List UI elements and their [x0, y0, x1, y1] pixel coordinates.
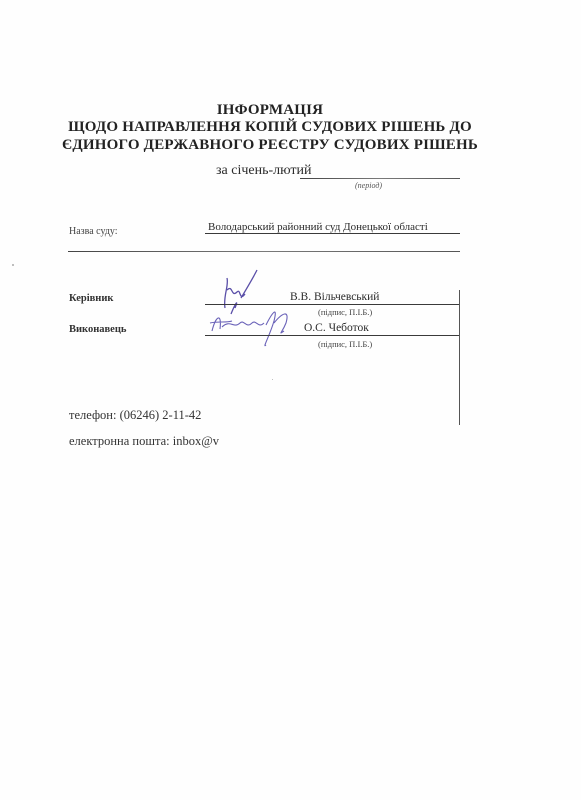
document-title-line-2: ЩОДО НАПРАВЛЕННЯ КОПІЙ СУДОВИХ РІШЕНЬ ДО	[60, 117, 480, 137]
scan-speck	[12, 264, 14, 266]
executor-name: О.С. Чеботок	[304, 322, 369, 334]
court-label: Назва суду:	[69, 226, 118, 237]
period-value: за січень-лютий	[216, 163, 312, 179]
period-caption: (період)	[355, 181, 382, 190]
period-underline	[300, 178, 460, 179]
head-caption: (підпис, П.І.Б.)	[318, 307, 372, 317]
role-head: Керівник	[69, 293, 113, 304]
phone-text: телефон: (06246) 2-11-42	[69, 408, 201, 423]
court-second-line	[68, 251, 460, 252]
right-margin-line	[459, 290, 460, 425]
head-name: В.В. Вільчевський	[290, 291, 379, 303]
court-name: Володарський районний суд Донецької обла…	[208, 221, 428, 233]
executor-signature-line	[205, 335, 460, 336]
email-text: електронна пошта: inbox@v	[69, 434, 219, 449]
court-underline	[205, 233, 460, 234]
document-page: ІНФОРМАЦІЯ ЩОДО НАПРАВЛЕННЯ КОПІЙ СУДОВИ…	[0, 0, 581, 800]
role-executor: Виконавець	[69, 324, 126, 335]
executor-caption: (підпис, П.І.Б.)	[318, 339, 372, 349]
scan-speck	[272, 379, 273, 380]
document-title-line-3: ЄДИНОГО ДЕРЖАВНОГО РЕЄСТРУ СУДОВИХ РІШЕН…	[60, 135, 480, 155]
executor-signature-icon	[208, 305, 298, 355]
